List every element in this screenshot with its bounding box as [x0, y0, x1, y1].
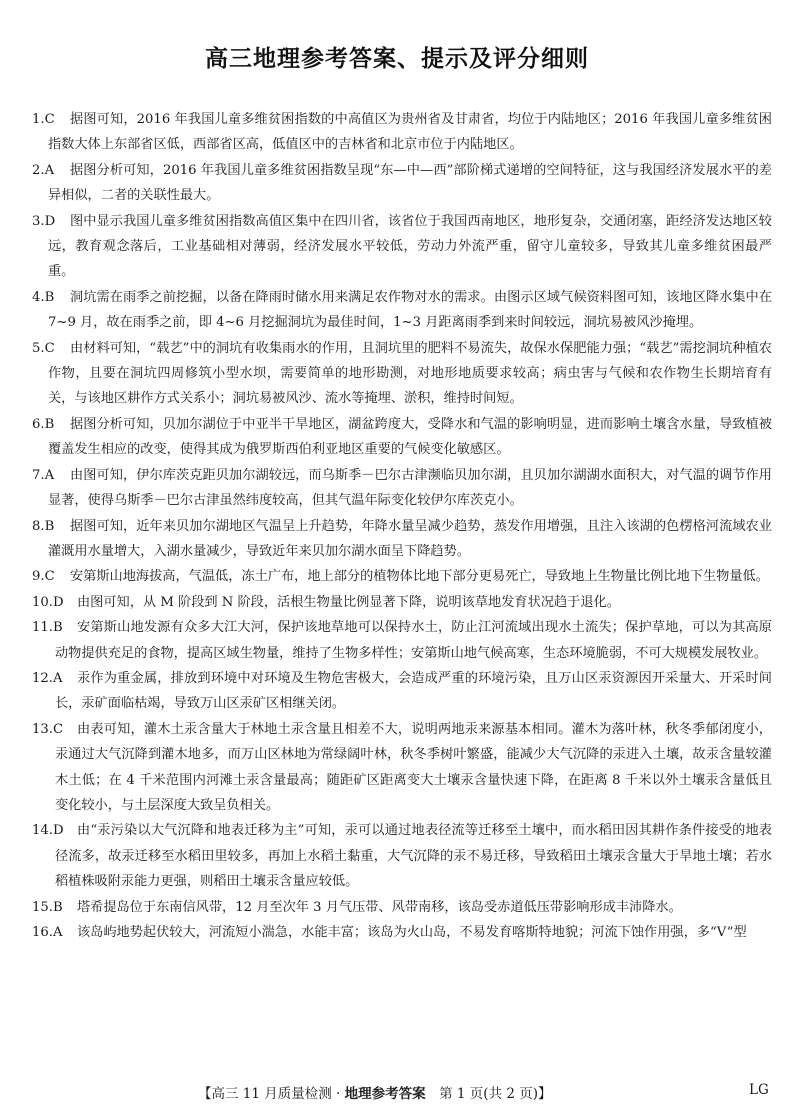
answer-item: 15.B塔希提岛位于东南信风带，12 月至次年 3 月气压带、风带南移，该岛受赤…	[32, 895, 772, 920]
answer-item: 11.B安第斯山地发源有众多大江大河，保护该地草地可以保持水土，防止江河流域出现…	[32, 615, 772, 666]
answer-item: 4.B洞坑需在雨季之前挖掘，以备在降雨时储水用来满足农作物对水的需求。由图示区域…	[32, 285, 772, 336]
answer-number: 13.C	[32, 717, 63, 742]
answer-explanation: 由“汞污染以大气沉降和地表迁移为主”可知，汞可以通过地表径流等迁移至土壤中，而水…	[32, 818, 772, 894]
answer-item: 6.B据图分析可知，贝加尔湖位于中亚半干旱地区，湖盆跨度大，受降水和气温的影响明…	[32, 412, 772, 463]
footer-exam: 高三 11 月质量检测 ·	[212, 1086, 345, 1102]
answer-number: 9.C	[32, 564, 55, 589]
answer-item: 13.C由表可知，灌木土汞含量大于林地土汞含量且相差不大，说明两地汞来源基本相同…	[32, 717, 772, 819]
answer-number: 10.D	[32, 590, 64, 615]
answer-number: 1.C	[32, 107, 55, 132]
answer-item: 10.D由图可知，从 M 阶段到 N 阶段，活根生物量比例显著下降，说明该草地发…	[32, 590, 772, 615]
answer-item: 14.D由“汞污染以大气沉降和地表迁移为主”可知，汞可以通过地表径流等迁移至土壤…	[32, 818, 772, 894]
answer-item: 7.A由图可知，伊尔库茨克距贝加尔湖较远，而乌斯季－巴尔古津濒临贝加尔湖，且贝加…	[32, 463, 772, 514]
answer-explanation: 由表可知，灌木土汞含量大于林地土汞含量且相差不大，说明两地汞来源基本相同。灌木为…	[32, 717, 772, 819]
page-title: 高三地理参考答案、提示及评分细则	[0, 40, 794, 73]
answer-item: 3.D图中显示我国儿童多维贫困指数高值区集中在四川省，该省位于我国西南地区，地形…	[32, 209, 772, 285]
answer-number: 5.C	[32, 336, 55, 361]
footer-right-bracket: 】	[538, 1086, 552, 1102]
answer-number: 4.B	[32, 285, 54, 310]
answer-number: 11.B	[32, 615, 63, 640]
answer-number: 2.A	[32, 158, 54, 183]
answer-item: 2.A据图分析可知，2016 年我国儿童多维贫困指数呈现“东—中—西”部阶梯式递…	[32, 158, 772, 209]
answer-item: 5.C由材料可知，“载艺”中的洞坑有收集雨水的作用，且洞坑里的肥料不易流失，故保…	[32, 336, 772, 412]
answer-explanation: 洞坑需在雨季之前挖掘，以备在降雨时储水用来满足农作物对水的需求。由图示区域气候资…	[32, 285, 772, 336]
answer-explanation: 据图可知，近年来贝加尔湖地区气温呈上升趋势，年降水量呈减少趋势，蒸发作用增强，且…	[32, 514, 772, 565]
answer-explanation: 该岛屿地势起伏较大，河流短小湍急，水能丰富；该岛为火山岛，不易发育喀斯特地貌；河…	[32, 920, 772, 945]
answer-explanation: 图中显示我国儿童多维贫困指数高值区集中在四川省，该省位于我国西南地区，地形复杂，…	[32, 209, 772, 285]
answer-number: 15.B	[32, 895, 63, 920]
answer-number: 8.B	[32, 514, 54, 539]
answer-number: 3.D	[32, 209, 55, 234]
answer-explanation: 据图可知，2016 年我国儿童多维贫困指数的中高值区为贵州省及甘肃省，均位于内陆…	[32, 107, 772, 158]
answer-explanation: 汞作为重金属，排放到环境中对环境及生物危害极大，会造成严重的环境污染，且万山区汞…	[32, 666, 772, 717]
answer-explanation: 由图可知，从 M 阶段到 N 阶段，活根生物量比例显著下降，说明该草地发育状况趋…	[32, 590, 772, 615]
answer-number: 7.A	[32, 463, 54, 488]
answer-number: 14.D	[32, 818, 64, 843]
answer-item: 12.A汞作为重金属，排放到环境中对环境及生物危害极大，会造成严重的环境污染，且…	[32, 666, 772, 717]
footer-left-bracket: 【	[198, 1086, 212, 1102]
answer-explanation: 据图分析可知，2016 年我国儿童多维贫困指数呈现“东—中—西”部阶梯式递增的空…	[32, 158, 772, 209]
footer-code: LG	[749, 1082, 769, 1098]
footer-caption: 【高三 11 月质量检测 · 地理参考答案 第 1 页(共 2 页)】	[198, 1082, 552, 1102]
answer-explanation: 安第斯山地海拔高，气温低，冻土广布，地上部分的植物体比地下部分更易死亡，导致地上…	[32, 564, 772, 589]
answer-explanation: 安第斯山地发源有众多大江大河，保护该地草地可以保持水土，防止江河流域出现水土流失…	[32, 615, 772, 666]
answer-item: 9.C安第斯山地海拔高，气温低，冻土广布，地上部分的植物体比地下部分更易死亡，导…	[32, 564, 772, 589]
answer-explanation: 塔希提岛位于东南信风带，12 月至次年 3 月气压带、风带南移，该岛受赤道低压带…	[32, 895, 772, 920]
footer-page: 第 1 页(共 2 页)	[426, 1086, 538, 1102]
answer-item: 1.C据图可知，2016 年我国儿童多维贫困指数的中高值区为贵州省及甘肃省，均位…	[32, 107, 772, 158]
answer-item: 8.B据图可知，近年来贝加尔湖地区气温呈上升趋势，年降水量呈减少趋势，蒸发作用增…	[32, 514, 772, 565]
answer-explanation: 据图分析可知，贝加尔湖位于中亚半干旱地区，湖盆跨度大，受降水和气温的影响明显，进…	[32, 412, 772, 463]
answer-number: 6.B	[32, 412, 54, 437]
answer-list: 1.C据图可知，2016 年我国儿童多维贫困指数的中高值区为贵州省及甘肃省，均位…	[32, 107, 772, 945]
answer-explanation: 由材料可知，“载艺”中的洞坑有收集雨水的作用，且洞坑里的肥料不易流失，故保水保肥…	[32, 336, 772, 412]
answer-number: 12.A	[32, 666, 63, 691]
answer-item: 16.A该岛屿地势起伏较大，河流短小湍急，水能丰富；该岛为火山岛，不易发育喀斯特…	[32, 920, 772, 945]
footer-subject: 地理参考答案	[345, 1086, 426, 1102]
answer-explanation: 由图可知，伊尔库茨克距贝加尔湖较远，而乌斯季－巴尔古津濒临贝加尔湖，且贝加尔湖湖…	[32, 463, 772, 514]
answer-number: 16.A	[32, 920, 63, 945]
